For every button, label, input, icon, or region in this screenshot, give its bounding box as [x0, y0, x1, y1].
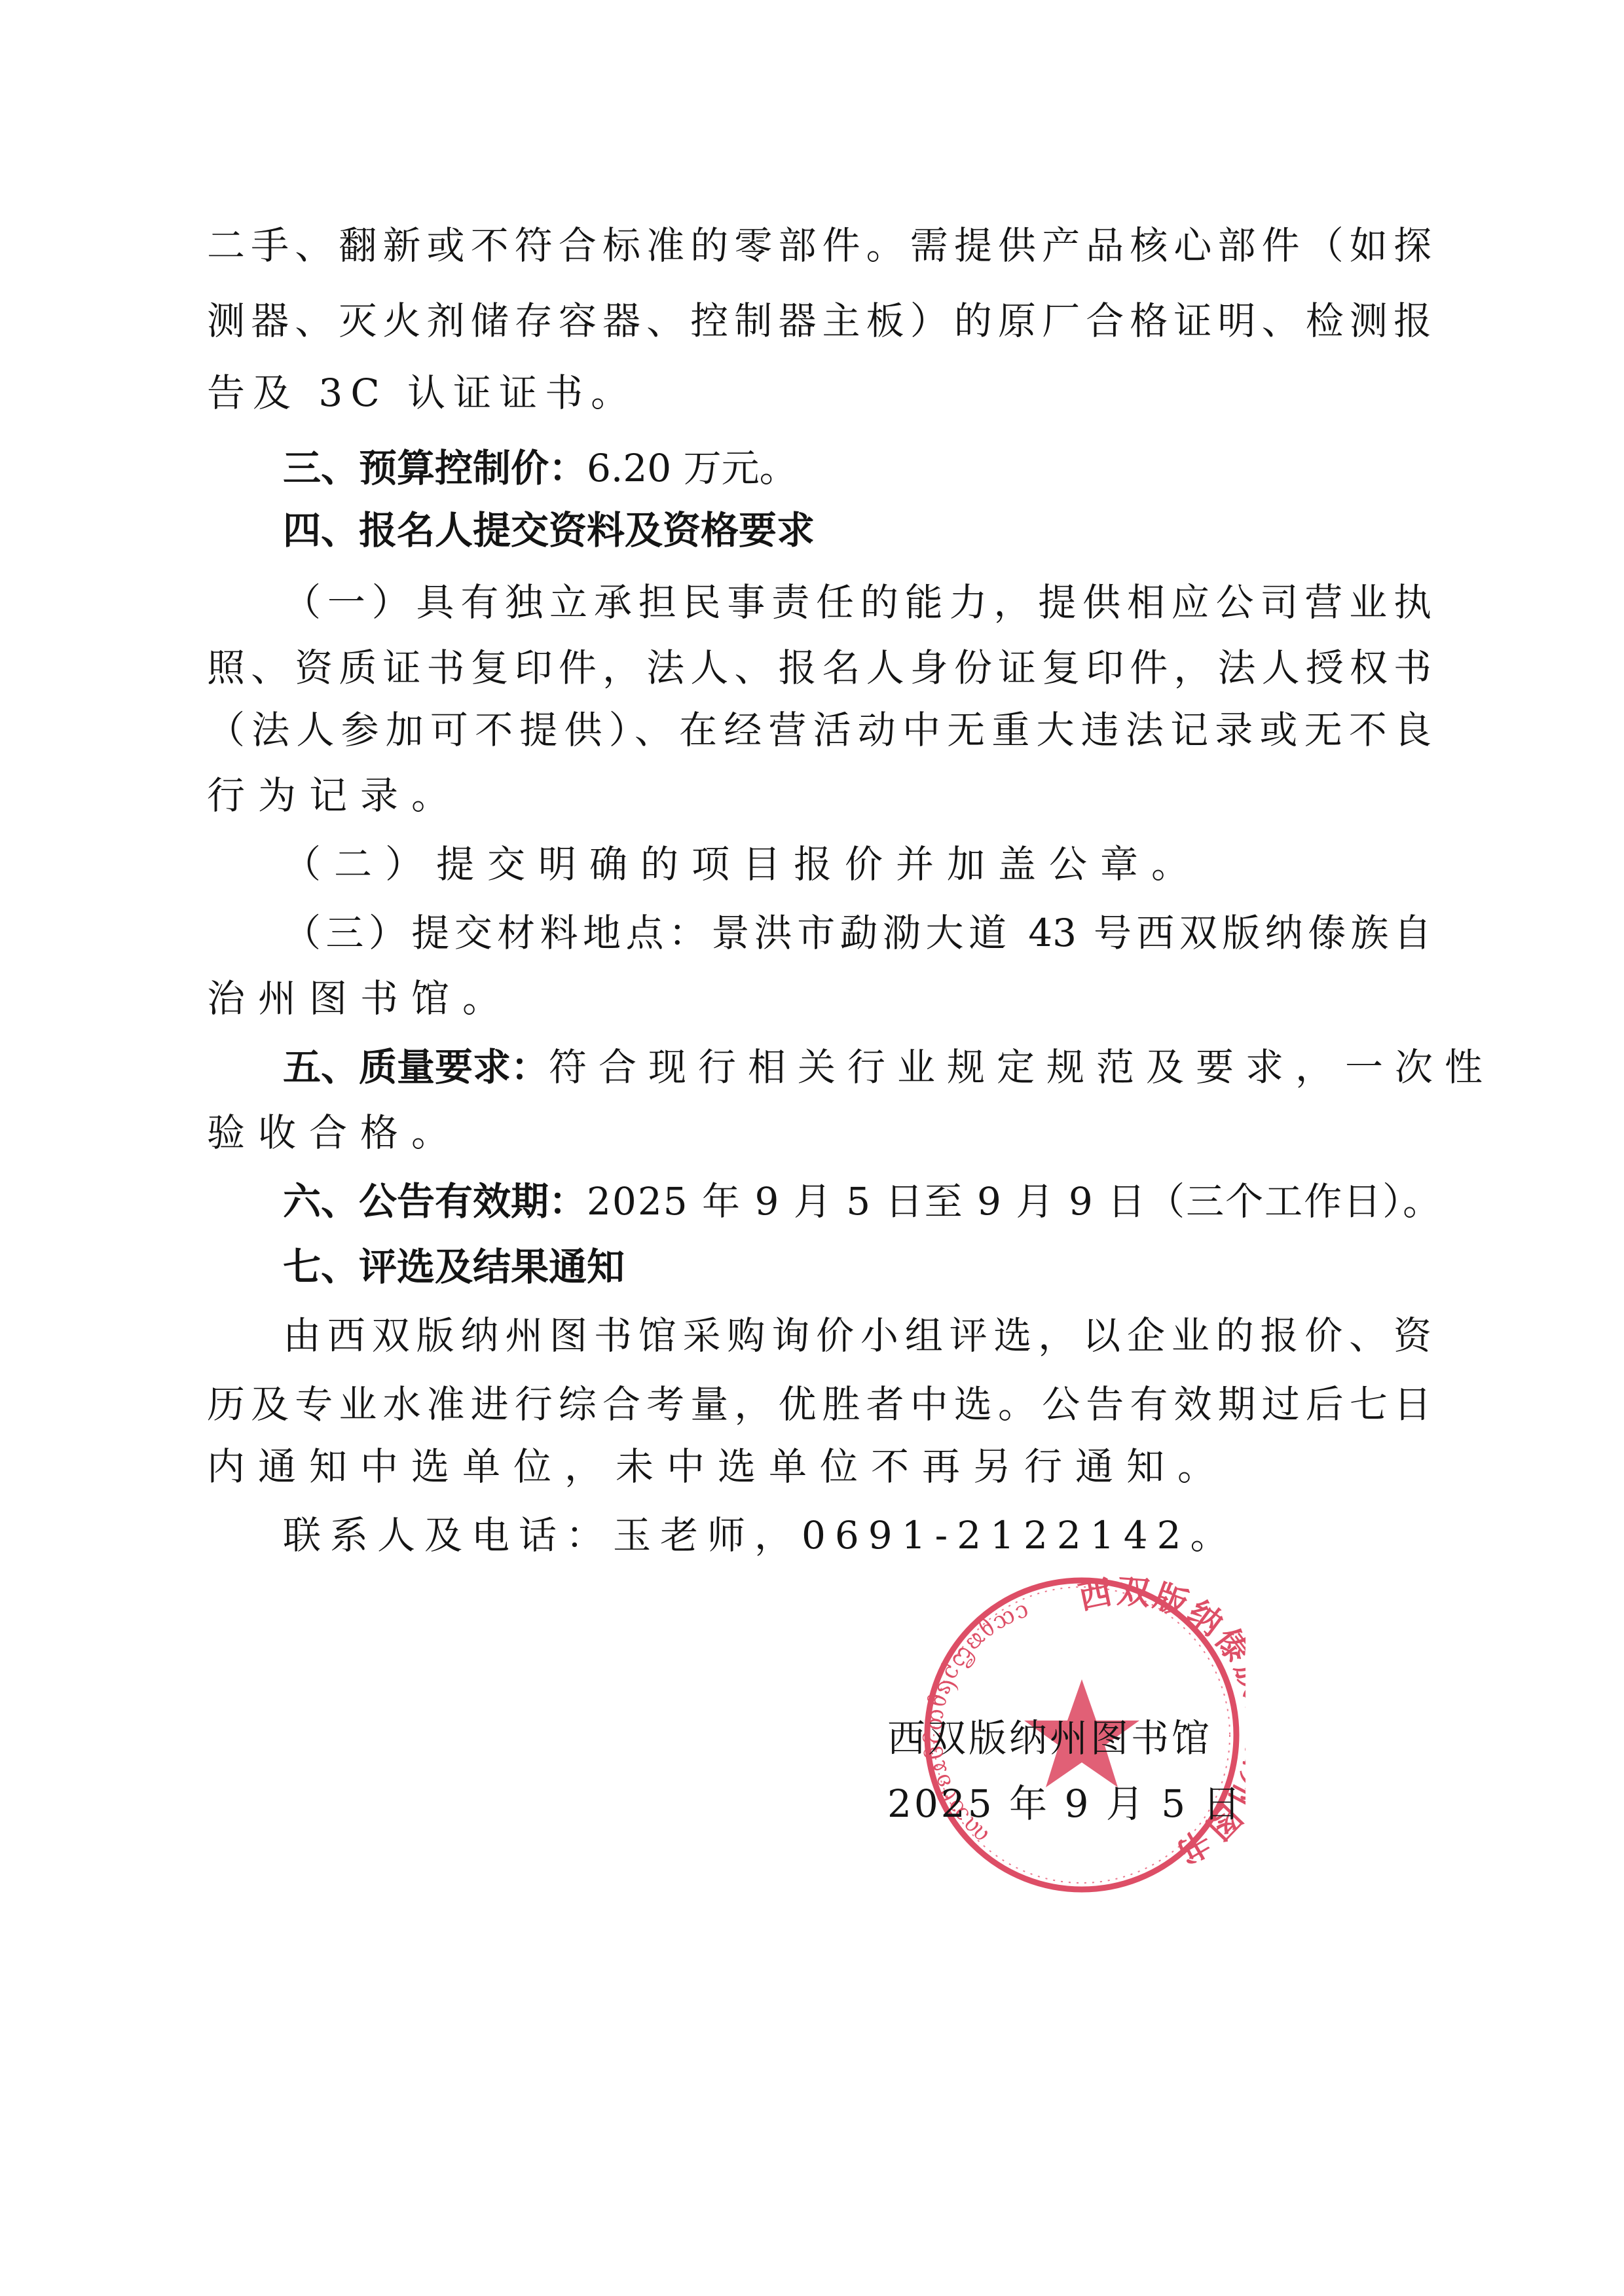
section-quality-label: 五、质量要求：: [283, 1045, 549, 1089]
requirement-1-line-3: （法人参加可不提供）、在经营活动中无重大违法记录或无不良: [207, 704, 1431, 756]
requirement-1-line-2: 照、资质证书复印件，法人、报名人身份证复印件，法人授权书: [207, 642, 1431, 694]
requirement-3-line-2: 治州图书馆。: [207, 972, 513, 1025]
document-page: 二手、翻新或不符合标准的零部件。需提供产品核心部件（如探 测器、灭火剂储存容器、…: [0, 0, 1624, 2296]
signature-date: 2025 年 9 月 5 日: [887, 1777, 1244, 1830]
requirement-3-line-1: （三）提交材料地点：景洪市勐泐大道 43 号西双版纳傣族自: [283, 907, 1431, 959]
section-budget-label: 三、预算控制价：: [283, 446, 587, 490]
section-requirements-heading: 四、报名人提交资料及资格要求: [283, 504, 815, 556]
body-line-1: 二手、翻新或不符合标准的零部件。需提供产品核心部件（如探: [207, 219, 1431, 272]
evaluation-line-2: 历及专业水准进行综合考量，优胜者中选。公告有效期过后七日: [207, 1378, 1431, 1430]
body-line-2: 测器、灭火剂储存容器、控制器主板）的原厂合格证明、检测报: [207, 295, 1431, 347]
evaluation-line-3: 内通知中选单位，未中选单位不再另行通知。: [207, 1440, 1228, 1493]
signature-organization: 西双版纳州图书馆: [887, 1712, 1212, 1764]
requirement-1-line-1: （一）具有独立承担民事责任的能力，提供相应公司营业执: [283, 576, 1431, 629]
section-budget-value: 6.20 万元。: [587, 446, 798, 490]
section-quality: 五、质量要求：符合现行相关行业规定规范及要求，一次性: [283, 1041, 1431, 1093]
requirement-1-line-4: 行为记录。: [207, 769, 462, 822]
evaluation-line-1: 由西双版纳州图书馆采购询价小组评选，以企业的报价、资: [283, 1309, 1431, 1362]
section-budget: 三、预算控制价：6.20 万元。: [283, 442, 798, 494]
section-validity-value: 2025 年 9 月 5 日至 9 月 9 日（三个工作日）。: [587, 1179, 1442, 1224]
section-evaluation-heading: 七、评选及结果通知: [283, 1241, 625, 1293]
body-line-3: 告及 3C 认证证书。: [207, 367, 637, 419]
section-quality-line-2: 验收合格。: [207, 1106, 462, 1159]
section-quality-value: 符合现行相关行业规定规范及要求，一次性: [549, 1045, 1494, 1089]
section-validity: 六、公告有效期：2025 年 9 月 5 日至 9 月 9 日（三个工作日）。: [283, 1175, 1442, 1228]
requirement-2: （二）提交明确的项目报价并加盖公章。: [283, 838, 1202, 890]
section-validity-label: 六、公告有效期：: [283, 1179, 587, 1224]
contact-line: 联系人及电话：玉老师，0691-2122142。: [283, 1509, 1238, 1561]
